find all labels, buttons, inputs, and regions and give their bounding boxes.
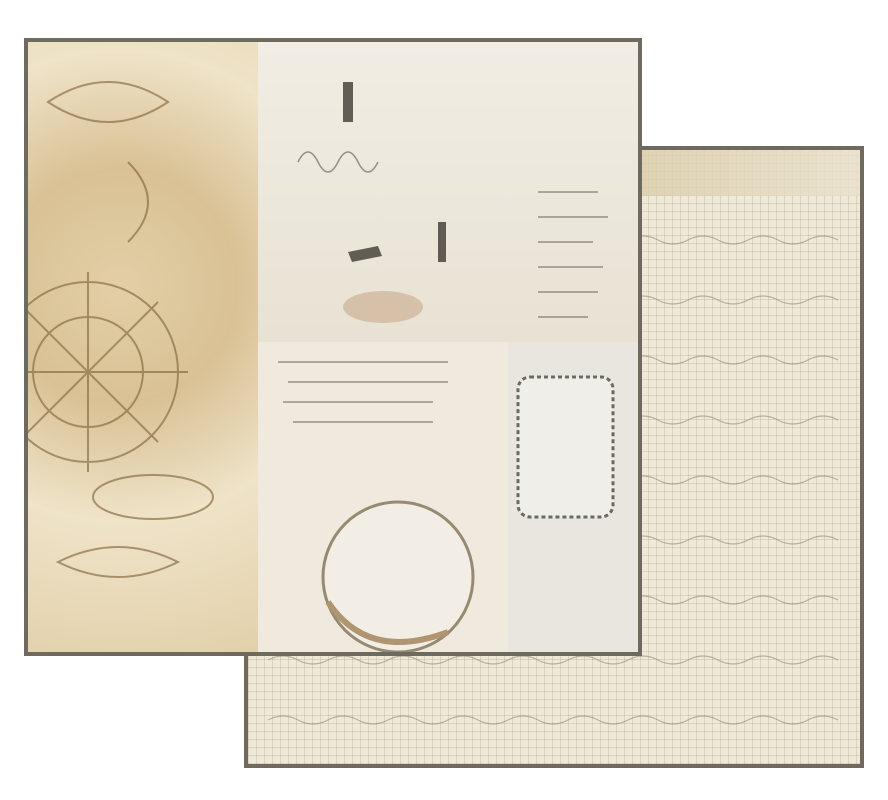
collage-artwork	[28, 42, 638, 652]
clock-icon	[323, 502, 473, 652]
front-collage-paper-sheet	[24, 38, 642, 656]
compass-rose-icon	[28, 82, 213, 577]
ornate-frame-icon	[518, 377, 613, 517]
